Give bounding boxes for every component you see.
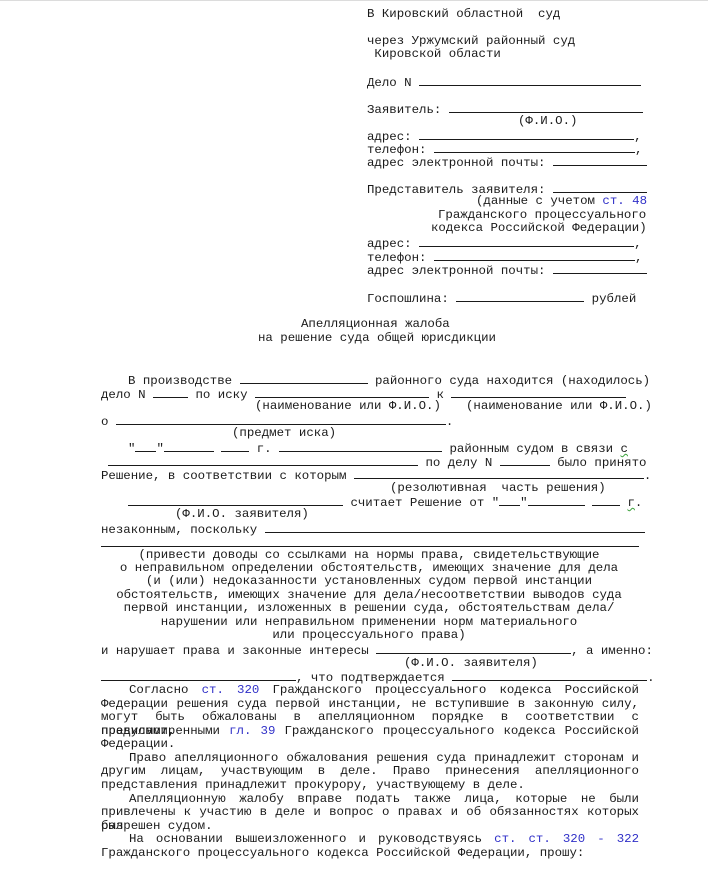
body-line-8b <box>101 535 639 549</box>
rep-hint: (данные с учетом ст. 48 <box>476 194 647 208</box>
reason-field[interactable] <box>108 454 418 466</box>
rep-email-field[interactable] <box>553 262 647 274</box>
text: о <box>101 415 108 429</box>
grounds-field[interactable] <box>265 521 645 533</box>
text: г <box>627 496 634 510</box>
p2-line-1: Право апелляционного обжалования решения… <box>101 751 639 765</box>
text: . <box>635 496 642 510</box>
rep-phone-field[interactable] <box>434 249 635 261</box>
plaintiff-field[interactable] <box>255 386 429 398</box>
decision-day-field[interactable] <box>499 494 520 506</box>
email-label: адрес электронной почты: <box>367 264 545 278</box>
args-hint-2: о неправильном определении обстоятельств… <box>100 561 638 575</box>
hint-subject: (предмет иска) <box>232 426 336 440</box>
applicant-name-field[interactable] <box>128 494 343 506</box>
text: . <box>644 469 651 483</box>
case-no-field[interactable] <box>153 386 188 398</box>
via-court: через Уржумский районный суд <box>367 34 575 48</box>
decision-field[interactable] <box>354 467 644 479</box>
evidence-field[interactable] <box>452 669 647 681</box>
rep-address-field[interactable] <box>419 235 634 247</box>
body-line-8: незаконным, поскольку <box>101 521 645 535</box>
rep-address-row: адрес: , <box>367 235 642 249</box>
p1-line-1: Согласно ст. 320 Гражданского процессуал… <box>101 683 639 697</box>
text: , а именно: <box>571 644 653 658</box>
hint-defendant: (наименование или Ф.И.О.) <box>466 399 652 413</box>
court-name-field[interactable] <box>279 440 442 452</box>
body-line-9: и нарушает права и законные интересы , а… <box>101 642 653 656</box>
rep-phone-row: телефон: , <box>367 249 642 263</box>
text: по иску <box>196 388 248 402</box>
applicant-row: Заявитель: <box>367 101 643 115</box>
decision-year-field[interactable] <box>592 494 620 506</box>
fee-unit: рублей <box>592 292 637 306</box>
text: дело N <box>101 388 146 402</box>
phone-field[interactable] <box>434 141 635 153</box>
month-field[interactable] <box>164 440 214 452</box>
fee-label: Госпошлина: <box>367 292 449 306</box>
args-hint-4: обстоятельств, имеющих значение для дела… <box>100 588 638 602</box>
text: и нарушает права и законные интересы <box>101 644 369 658</box>
email-row: адрес электронной почты: <box>367 154 647 168</box>
p2-line-2: другим лицам, участвующим в деле. Право … <box>101 764 639 778</box>
defendant-field[interactable] <box>451 386 626 398</box>
p3-line-3: разрешен судом. <box>101 819 213 833</box>
text: На основании вышеизложенного и руководст… <box>129 832 482 846</box>
rep-hint-3: кодекса Российской Федерации) <box>431 221 647 235</box>
email-field[interactable] <box>553 154 647 166</box>
applicant-label: Заявитель: <box>367 103 441 117</box>
text: " <box>520 496 527 510</box>
applicant-field[interactable] <box>449 101 643 113</box>
address-row: адрес: , <box>367 128 642 142</box>
violation-field[interactable] <box>101 669 296 681</box>
chapter-39-link[interactable]: гл. 39 <box>229 724 275 738</box>
via-court-region: Кировской области <box>367 47 501 61</box>
rep-hint-2: Гражданского процессуального <box>438 208 646 222</box>
rep-email-row: адрес электронной почты: <box>367 262 647 276</box>
text: . <box>446 415 453 429</box>
document-subtitle: на решение суда общей юрисдикции <box>258 331 496 345</box>
body-line-5: по делу N было принято <box>108 454 646 468</box>
body-line-3: о . <box>101 413 453 427</box>
email-label: адрес электронной почты: <box>367 156 545 170</box>
body-line-2: дело N по иску к <box>101 386 626 400</box>
body-line-4: "" г. районным судом в связи с <box>128 440 628 454</box>
args-hint-6: нарушении или неправильном применении но… <box>100 615 638 629</box>
args-hint-1: (привести доводы со ссылками на нормы пр… <box>100 548 638 562</box>
case-number-row: Дело N <box>367 74 641 88</box>
day-field[interactable] <box>135 440 156 452</box>
decision-month-field[interactable] <box>528 494 585 506</box>
p3-line-1: Апелляционную жалобу вправе подать также… <box>101 792 639 806</box>
p4-line-2: Гражданского процессуального кодекса Рос… <box>101 846 584 860</box>
args-hint-3: (и (или) недоказанности установленных су… <box>100 574 638 588</box>
address-field[interactable] <box>419 128 634 140</box>
text: Согласно <box>129 683 189 697</box>
args-hint-5: первой инстанции, изложенных в решении с… <box>100 601 638 615</box>
grounds-field-2[interactable] <box>101 535 639 547</box>
hint-plaintiff: (наименование или Ф.И.О.) <box>255 399 441 413</box>
article-320-link[interactable]: ст. 320 <box>202 683 260 697</box>
window-top-border <box>0 0 708 1</box>
articles-320-322-link[interactable]: ст. ст. 320 - 322 <box>494 832 639 846</box>
text: Гражданского процессуального кодекса Рос… <box>272 683 639 697</box>
text: . <box>647 671 654 685</box>
rep-hint-text: (данные с учетом <box>476 194 602 208</box>
fio-hint: (Ф.И.О.) <box>518 114 578 128</box>
representative-row: Представитель заявителя: <box>367 181 647 195</box>
interests-field[interactable] <box>376 642 571 654</box>
district-court-field[interactable] <box>240 372 368 384</box>
hint-applicant-2: (Ф.И.О. заявителя) <box>404 656 538 670</box>
p3-line-2: привлечены к участию в деле и вопрос о п… <box>101 805 639 819</box>
body-line-7: считает Решение от "" г. <box>128 494 642 508</box>
hint-operative: (резолютивная часть решения) <box>390 481 606 495</box>
p1-line-4: предусмотренными гл. 39 Гражданского про… <box>101 724 639 738</box>
subject-field[interactable] <box>116 413 446 425</box>
p4-line-1: На основании вышеизложенного и руководст… <box>101 832 639 846</box>
case-number-field[interactable] <box>419 74 641 86</box>
document-title: Апелляционная жалоба <box>301 317 450 331</box>
p1-line-3: могут быть обжалованы в апелляционном по… <box>101 710 639 724</box>
p2-line-3: представления принадлежит прокурору, уча… <box>101 778 525 792</box>
case-no-field-2[interactable] <box>500 454 550 466</box>
text: предусмотренными <box>101 724 220 738</box>
fee-row: Госпошлина: рублей <box>367 290 636 304</box>
body-line-6: Решение, в соответствии с которым . <box>101 467 651 481</box>
hint-applicant: (Ф.И.О. заявителя) <box>175 507 309 521</box>
court-to: В Кировский областной суд <box>367 7 560 21</box>
args-hint-7: или процессуального права) <box>100 628 638 642</box>
representative-field[interactable] <box>553 181 647 193</box>
phone-row: телефон: , <box>367 141 642 155</box>
text: Решение, в соответствии с которым <box>101 469 346 483</box>
text: " <box>492 496 499 510</box>
year-field[interactable] <box>221 440 249 452</box>
fee-field[interactable] <box>456 290 584 302</box>
text: считает Решение от <box>350 496 484 510</box>
text: Гражданского процессуального кодекса Рос… <box>285 724 640 738</box>
p1-line-2: Федерации решения суда первой инстанции,… <box>101 697 639 711</box>
p1-line-5: Федерации. <box>101 737 175 751</box>
case-label: Дело N <box>367 76 412 90</box>
body-line-1: В производстве районного суда находится … <box>128 372 650 386</box>
body-line-10: , что подтверждается . <box>101 669 655 683</box>
article-48-link[interactable]: ст. 48 <box>602 194 647 208</box>
